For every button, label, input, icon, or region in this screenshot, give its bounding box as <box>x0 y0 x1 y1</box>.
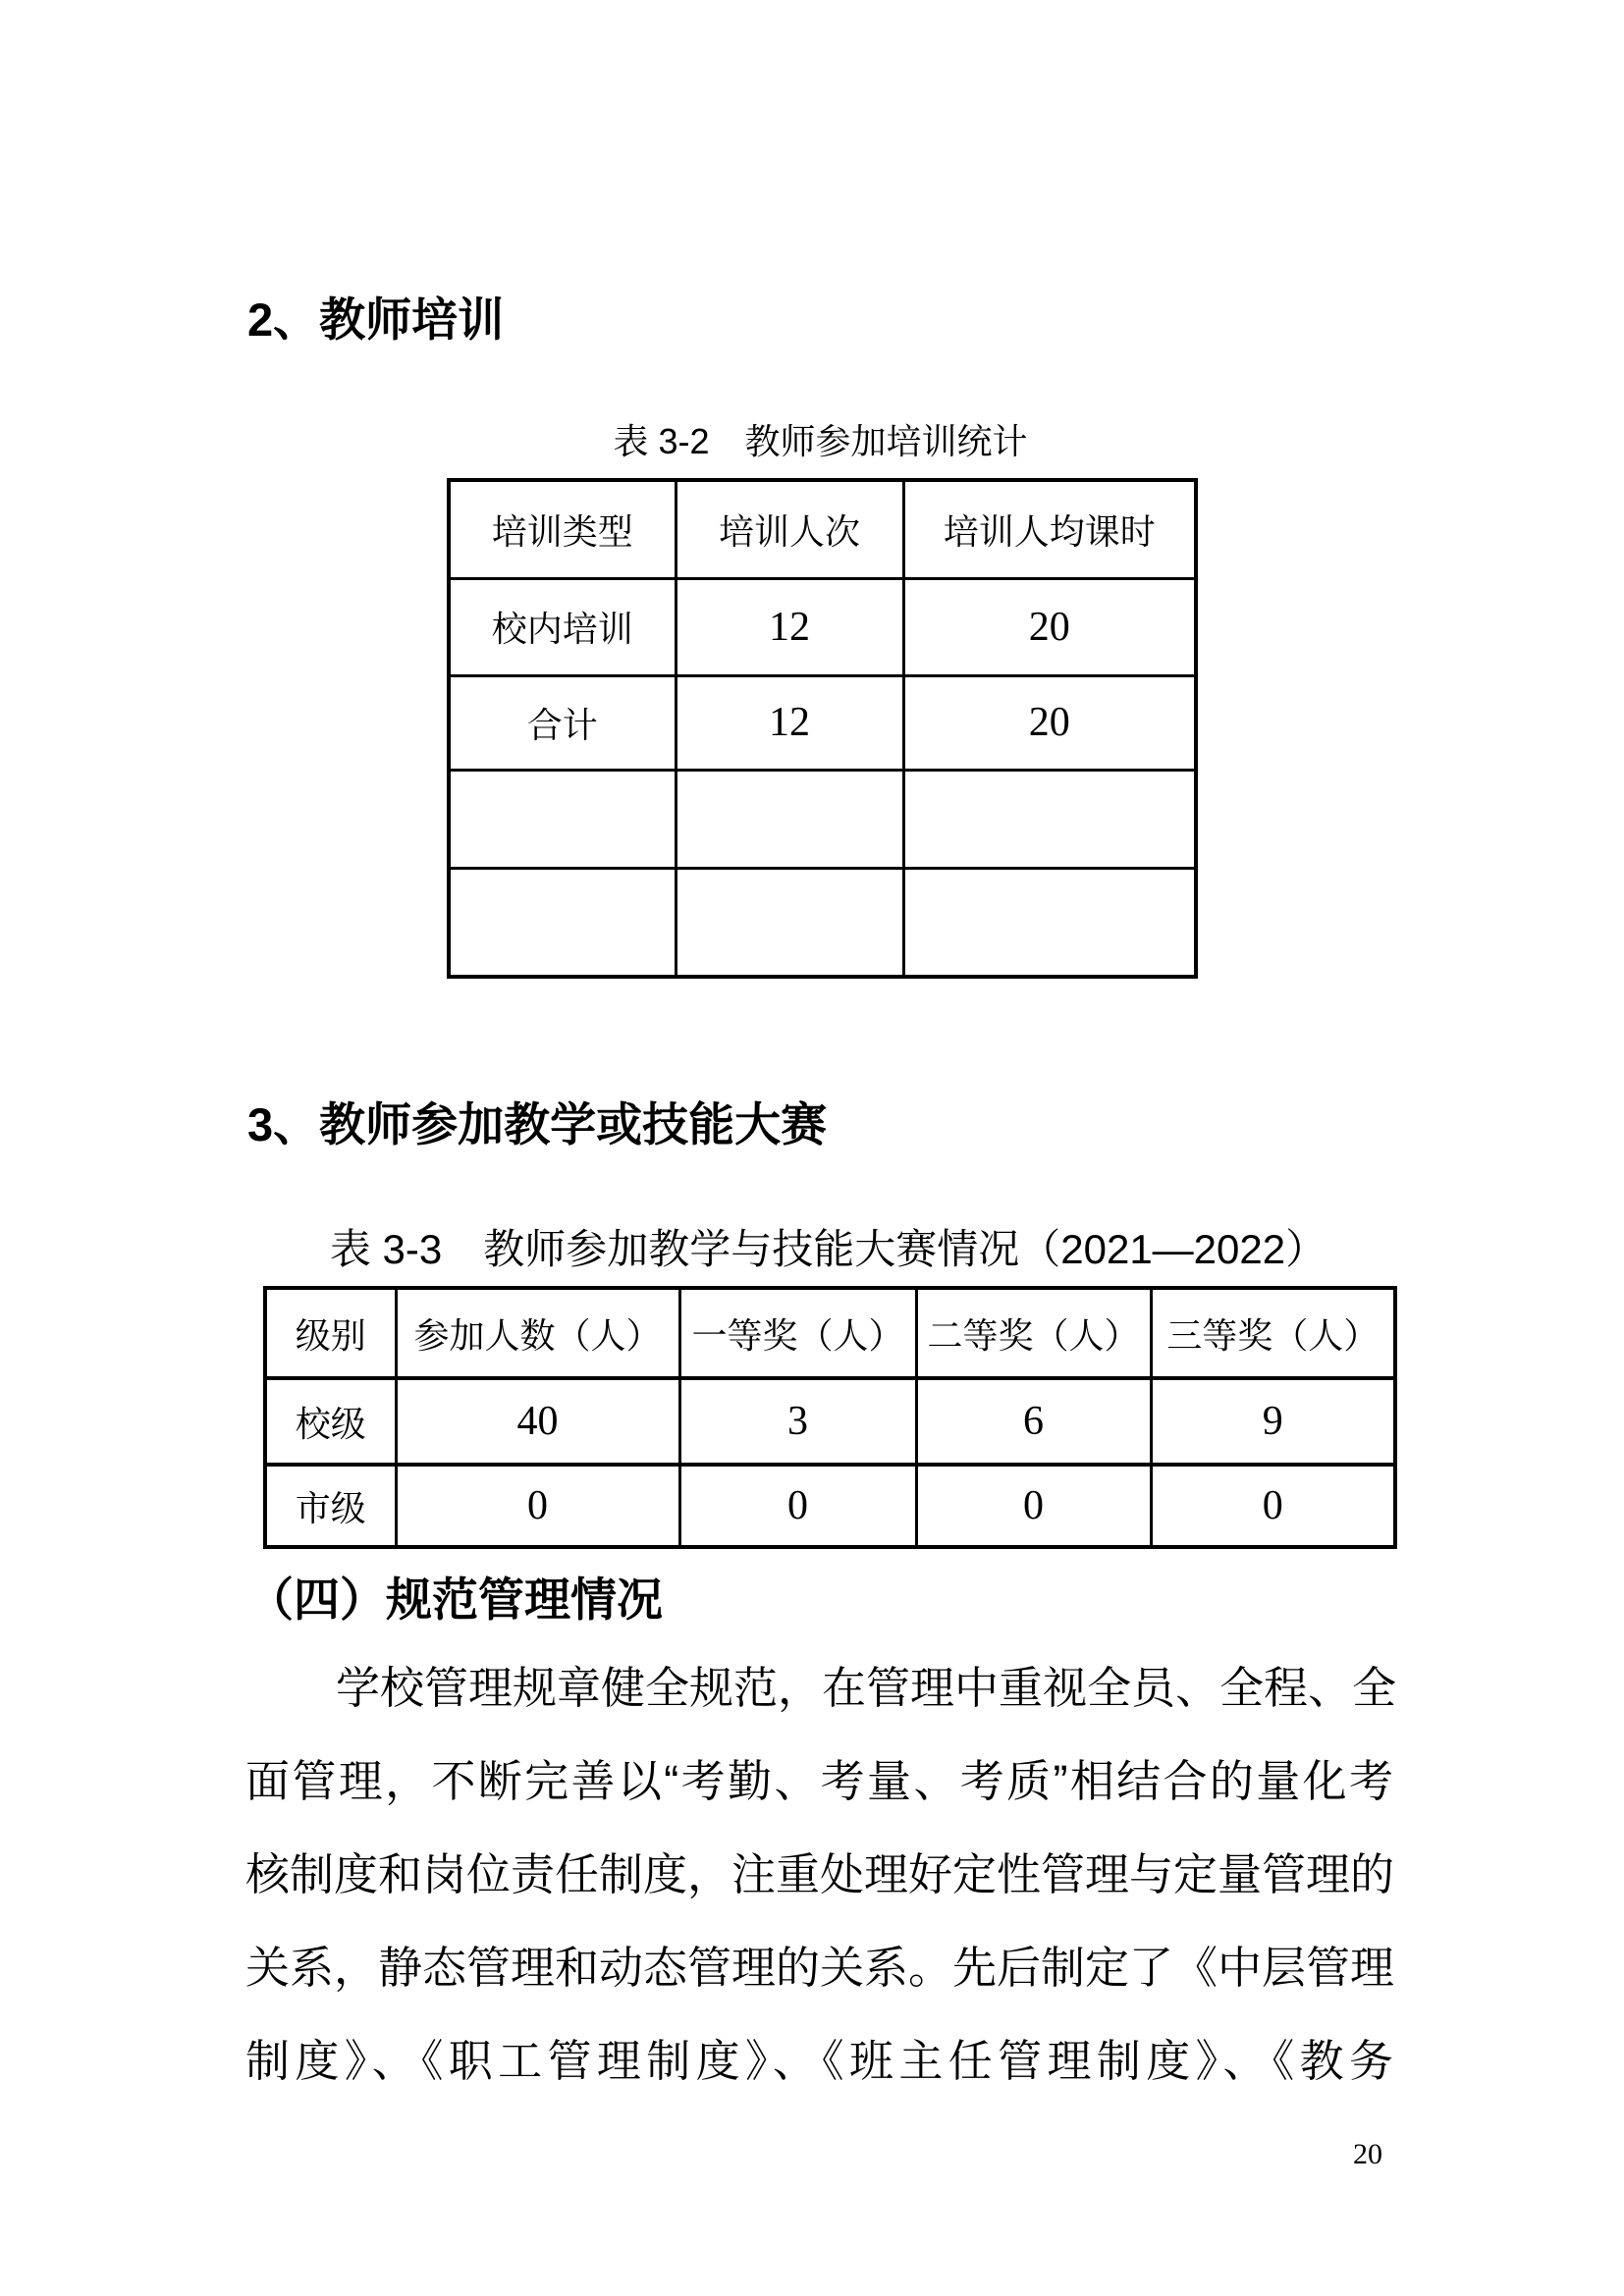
table-cell: 20 <box>903 578 1196 675</box>
section-heading-teacher-competitions: 3、教师参加教学或技能大赛 <box>247 1099 827 1150</box>
paragraph-line: 核制度和岗位责任制度，注重处理好定性管理与定量管理的 <box>245 1828 1393 1921</box>
section-heading-teacher-training: 2、教师培训 <box>247 294 504 346</box>
header-cell: 二等奖（人） <box>916 1288 1151 1378</box>
table-row: 校级 40 3 6 9 <box>265 1378 1395 1465</box>
table-cell: 12 <box>676 675 903 770</box>
table-row-empty <box>449 868 1196 977</box>
table-3-2-title: 表 3-2 教师参加培训统计 <box>447 414 1194 464</box>
table-cell <box>449 770 676 868</box>
table-row: 校内培训 12 20 <box>449 578 1196 675</box>
table-header-row: 培训类型 培训人次 培训人均课时 <box>449 480 1196 578</box>
table-cell: 0 <box>916 1465 1151 1547</box>
table-cell: 20 <box>903 675 1196 770</box>
table-cell: 6 <box>916 1378 1151 1465</box>
header-cell: 培训类型 <box>449 480 676 578</box>
table-cell: 0 <box>1151 1465 1395 1547</box>
header-cell: 三等奖（人） <box>1151 1288 1395 1378</box>
section-heading-standard-management: （四）规范管理情况 <box>247 1575 663 1626</box>
table-cell <box>903 770 1196 868</box>
paragraph-line: 制度》、《职工管理制度》、《班主任管理制度》、《教务 <box>245 2014 1393 2108</box>
table-cell: 校内培训 <box>449 578 676 675</box>
table-cell: 40 <box>396 1378 679 1465</box>
table-cell: 合计 <box>449 675 676 770</box>
page-number: 20 <box>1353 2138 1382 2171</box>
header-cell: 级别 <box>265 1288 396 1378</box>
table-cell: 9 <box>1151 1378 1395 1465</box>
table-3-3-title: 表 3-3 教师参加教学与技能大赛情况（2021—2022） <box>263 1217 1393 1276</box>
paragraph-line: 关系，静态管理和动态管理的关系。先后制定了《中层管理 <box>245 1921 1393 2014</box>
table-cell: 0 <box>679 1465 916 1547</box>
table-3-2-teacher-training-stats: 培训类型 培训人次 培训人均课时 校内培训 12 20 合计 12 20 <box>447 478 1198 979</box>
table-cell: 市级 <box>265 1465 396 1547</box>
header-cell: 参加人数（人） <box>396 1288 679 1378</box>
header-cell: 培训人次 <box>676 480 903 578</box>
table-row: 市级 0 0 0 0 <box>265 1465 1395 1547</box>
header-cell: 一等奖（人） <box>679 1288 916 1378</box>
table-3-3-competition-results: 级别 参加人数（人） 一等奖（人） 二等奖（人） 三等奖（人） 校级 40 3 … <box>263 1286 1397 1549</box>
paragraph-line: 面管理，不断完善以“考勤、考量、考质”相结合的量化考 <box>245 1735 1393 1828</box>
table-header-row: 级别 参加人数（人） 一等奖（人） 二等奖（人） 三等奖（人） <box>265 1288 1395 1378</box>
table-cell: 3 <box>679 1378 916 1465</box>
table-cell <box>676 868 903 977</box>
table-cell <box>449 868 676 977</box>
body-paragraph: 学校管理规章健全规范，在管理中重视全员、全程、全 面管理，不断完善以“考勤、考量… <box>245 1641 1393 2108</box>
paragraph-line: 学校管理规章健全规范，在管理中重视全员、全程、全 <box>245 1641 1393 1735</box>
table-row-empty <box>449 770 1196 868</box>
table-cell <box>676 770 903 868</box>
table-cell: 12 <box>676 578 903 675</box>
table-cell: 0 <box>396 1465 679 1547</box>
table-row: 合计 12 20 <box>449 675 1196 770</box>
table-cell <box>903 868 1196 977</box>
header-cell: 培训人均课时 <box>903 480 1196 578</box>
document-page: 2、教师培训 表 3-2 教师参加培训统计 培训类型 培训人次 培训人均课时 校… <box>0 0 1624 2296</box>
table-cell: 校级 <box>265 1378 396 1465</box>
